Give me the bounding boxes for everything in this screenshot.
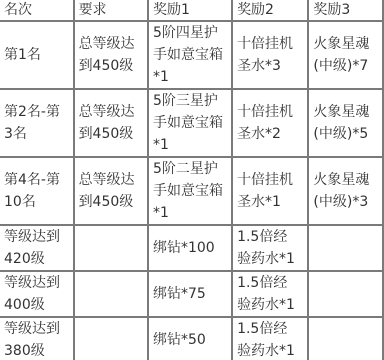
reward3-cell (308, 317, 383, 360)
requirement-cell (74, 317, 148, 360)
header-rank: 名次 (0, 0, 74, 21)
reward3-cell: 火象星魂(中级)*7 (308, 21, 383, 89)
rewards-table: 名次 要求 奖励1 奖励2 奖励3 第1名 总等级达到450级 5阶四星护手如意… (0, 0, 384, 360)
reward1-cell: 5阶二星护手如意宝箱*1 (148, 157, 232, 225)
reward2-cell: 十倍挂机圣水*1 (232, 157, 308, 225)
requirement-cell: 总等级达到450级 (74, 21, 148, 89)
header-row: 名次 要求 奖励1 奖励2 奖励3 (0, 0, 383, 21)
reward3-cell (308, 225, 383, 271)
reward3-cell: 火象星魂(中级)*3 (308, 157, 383, 225)
table-row: 第1名 总等级达到450级 5阶四星护手如意宝箱*1 十倍挂机圣水*3 火象星魂… (0, 21, 383, 89)
reward2-cell: 1.5倍经验药水*1 (232, 271, 308, 317)
table-row: 等级达到400级 绑钻*75 1.5倍经验药水*1 (0, 271, 383, 317)
table-row: 第2名-第3名 总等级达到450级 5阶三星护手如意宝箱*1 十倍挂机圣水*2 … (0, 89, 383, 157)
header-reward3: 奖励3 (308, 0, 383, 21)
table-row: 等级达到380级 绑钻*50 1.5倍经验药水*1 (0, 317, 383, 360)
reward1-cell: 绑钻*75 (148, 271, 232, 317)
table-row: 等级达到420级 绑钻*100 1.5倍经验药水*1 (0, 225, 383, 271)
reward1-cell: 绑钻*100 (148, 225, 232, 271)
reward1-cell: 绑钻*50 (148, 317, 232, 360)
rank-cell: 等级达到400级 (0, 271, 74, 317)
table-row: 第4名-第10名 总等级达到450级 5阶二星护手如意宝箱*1 十倍挂机圣水*1… (0, 157, 383, 225)
rank-cell: 第4名-第10名 (0, 157, 74, 225)
header-reward1: 奖励1 (148, 0, 232, 21)
rank-cell: 第1名 (0, 21, 74, 89)
rank-cell: 第2名-第3名 (0, 89, 74, 157)
reward3-cell (308, 271, 383, 317)
reward2-cell: 十倍挂机圣水*2 (232, 89, 308, 157)
reward2-cell: 1.5倍经验药水*1 (232, 317, 308, 360)
rank-cell: 等级达到380级 (0, 317, 74, 360)
reward2-cell: 十倍挂机圣水*3 (232, 21, 308, 89)
requirement-cell: 总等级达到450级 (74, 89, 148, 157)
reward3-cell: 火象星魂(中级)*5 (308, 89, 383, 157)
reward1-cell: 5阶三星护手如意宝箱*1 (148, 89, 232, 157)
reward2-cell: 1.5倍经验药水*1 (232, 225, 308, 271)
requirement-cell (74, 271, 148, 317)
reward1-cell: 5阶四星护手如意宝箱*1 (148, 21, 232, 89)
header-requirement: 要求 (74, 0, 148, 21)
requirement-cell: 总等级达到450级 (74, 157, 148, 225)
rank-cell: 等级达到420级 (0, 225, 74, 271)
header-reward2: 奖励2 (232, 0, 308, 21)
requirement-cell (74, 225, 148, 271)
